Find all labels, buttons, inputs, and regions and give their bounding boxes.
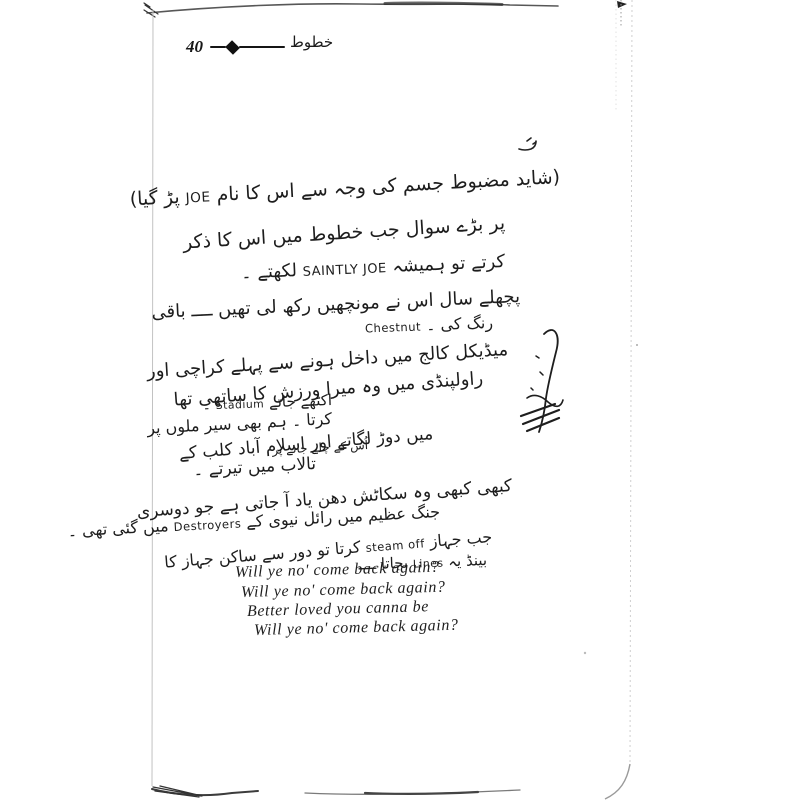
page-header: 40 خطوط	[186, 36, 333, 58]
top-right-corner-mark	[617, 0, 627, 28]
urdu-text: اکٹھے جاتے	[264, 391, 332, 411]
manuscript-line-3: کرتے تو ہمیشہ SAINTLY JOE لکھتے ۔	[190, 251, 506, 286]
left-page-edge	[152, 10, 153, 786]
urdu-text: کرتے تو ہمیشہ	[386, 251, 505, 277]
small-ink-mark	[519, 138, 536, 150]
manuscript-line-1: (شاید مضبوط جسم کی وجہ سے اس کا نام JOE …	[192, 166, 561, 207]
header-rule-right	[239, 46, 285, 48]
urdu-text: تالاب میں تیرتے ۔	[193, 454, 317, 480]
urdu-text: پر بڑے سوال جب خطوط میں اس کا ذکر	[182, 212, 505, 254]
manuscript-line-5: Chestnut رنگ کی ۔	[333, 313, 494, 338]
urdu-text: ۔	[202, 395, 216, 413]
urdu-text: جب جہاز	[424, 527, 493, 551]
urdu-text: رنگ کی ۔	[421, 313, 494, 335]
bottom-edge-smudge	[152, 786, 520, 797]
english-word: Destroyers	[173, 516, 241, 534]
english-word: Stadium	[216, 397, 265, 412]
margin-scribble	[521, 330, 563, 432]
english-word: SAINTLY JOE	[302, 261, 387, 280]
diamond-ornament-icon	[225, 40, 240, 55]
english-word: JOE	[185, 189, 211, 206]
top-edge-smudge	[144, 3, 558, 17]
header-title: خطوط	[290, 33, 333, 51]
manuscript-line-2: پر بڑے سوال جب خطوط میں اس کا ذکر	[185, 212, 506, 253]
urdu-text: لکھتے ۔	[241, 260, 304, 284]
header-rule-left	[210, 46, 226, 48]
verse-line-4: Will ye no' come back again?	[254, 617, 459, 640]
right-page-edge	[584, 0, 638, 799]
page-number: 40	[186, 37, 203, 57]
scan-artifacts	[0, 0, 800, 800]
urdu-text: پڑ گیا)	[129, 186, 186, 211]
urdu-text: میں گئی تھی ۔	[67, 516, 174, 541]
english-word: steam off	[365, 536, 425, 555]
scanned-letter-page: 40 خطوط (شاید مضبوط جسم کی وجہ سے اس کا …	[0, 0, 800, 800]
urdu-text: بینڈ یہ	[443, 551, 487, 571]
urdu-text: (شاید مضبوط جسم کی وجہ سے اس کا نام	[210, 166, 561, 206]
english-word: Chestnut	[365, 320, 422, 336]
